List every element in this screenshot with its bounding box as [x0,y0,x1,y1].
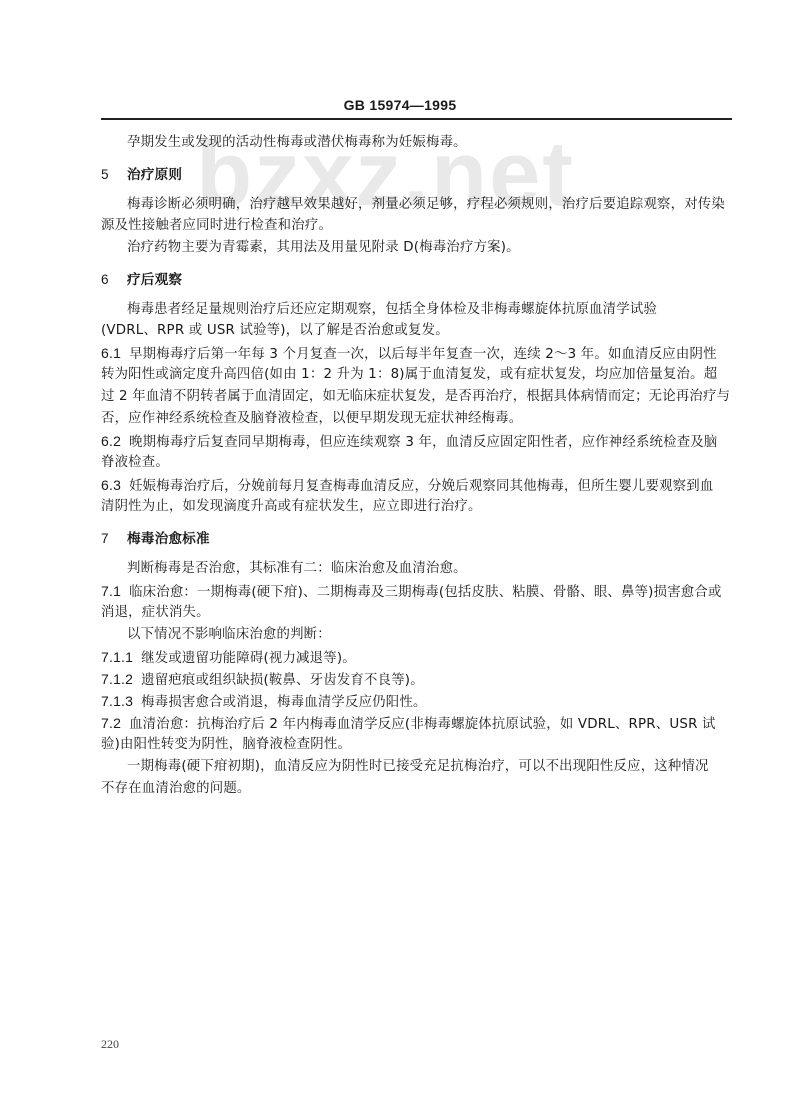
section-7-heading: 7梅毒治愈标准 [101,530,733,548]
clause-number: 6.2 [101,432,121,450]
paragraph-line: 不存在血清治愈的问题。 [101,780,733,798]
clause-6-2: 6.2晚期梅毒疗后复查同早期梅毒，但应连续观察 3 年，血清反应固定阳性者，应作… [101,432,733,452]
section-6-heading: 6疗后观察 [101,271,733,289]
paragraph-line: 治疗药物主要为青霉素，其用法及用量见附录 D(梅毒治疗方案)。 [127,239,759,257]
clause-number: 6.3 [101,476,121,494]
section-number: 7 [101,530,127,548]
clause-7-1-3: 7.1.3梅毒损害愈合或消退，梅毒血清学反应仍阳性。 [101,692,733,712]
paragraph-line: (VDRL、RPR 或 USR 试验等)，以了解是否治愈或复发。 [101,322,733,340]
paragraph-line: 验)由阳性转变为阴性，脑脊液检查阴性。 [101,736,733,754]
clause-text: 血清治愈：抗梅治疗后 2 年内梅毒血清学反应(非梅毒螺旋体抗原试验，如 VDRL… [129,717,716,732]
clause-number: 7.2 [101,714,121,732]
clause-number: 7.1.1 [101,648,133,666]
clause-text: 遗留疤痕或组织缺损(鞍鼻、牙齿发育不良等)。 [141,673,424,688]
clause-text: 早期梅毒疗后第一年每 3 个月复查一次，以后每半年复查一次，连续 2～3 年。如… [129,347,717,362]
clause-6-3: 6.3妊娠梅毒治疗后，分娩前每月复查梅毒血清反应，分娩后观察同其他梅毒，但所生婴… [101,476,733,496]
paragraph-line: 判断梅毒是否治愈，其标准有二：临床治愈及血清治愈。 [127,560,759,578]
section-number: 5 [101,166,127,184]
paragraph-line: 消退，症状消失。 [101,604,733,622]
paragraph-line: 转为阳性或滴定度升高四倍(如由 1：2 升为 1：8)属于血清复发，或有症状复发… [101,366,733,384]
clause-text: 梅毒损害愈合或消退，梅毒血清学反应仍阳性。 [141,695,426,710]
clause-6-1: 6.1早期梅毒疗后第一年每 3 个月复查一次，以后每半年复查一次，连续 2～3 … [101,344,733,364]
paragraph-line: 梅毒患者经足量规则治疗后还应定期观察，包括全身体检及非梅毒螺旋体抗原血清学试验 [127,301,759,319]
clause-text: 继发或遗留功能障碍(视力减退等)。 [141,651,356,666]
paragraph-line: 以下情况不影响临床治愈的判断： [127,626,759,644]
intro-line: 孕期发生或发现的活动性梅毒或潜伏梅毒称为妊娠梅毒。 [127,134,759,152]
paragraph-line: 源及性接触者应同时进行检查和治疗。 [101,217,733,235]
clause-text: 临床治愈：一期梅毒(硬下疳)、二期梅毒及三期梅毒(包括皮肤、粘膜、骨骼、眼、鼻等… [129,585,722,600]
clause-text: 晚期梅毒疗后复查同早期梅毒，但应连续观察 3 年，血清反应固定阳性者，应作神经系… [129,435,717,450]
clause-number: 7.1 [101,582,121,600]
section-title: 治疗原则 [127,167,182,183]
section-5-heading: 5治疗原则 [101,166,733,184]
clause-number: 7.1.3 [101,692,133,710]
header-rule [101,118,732,120]
clause-7-2: 7.2血清治愈：抗梅治疗后 2 年内梅毒血清学反应(非梅毒螺旋体抗原试验，如 V… [101,714,733,734]
paragraph-line: 一期梅毒(硬下疳初期)，血清反应为阴性时已接受充足抗梅治疗，可以不出现阳性反应，… [127,758,759,776]
clause-7-1: 7.1临床治愈：一期梅毒(硬下疳)、二期梅毒及三期梅毒(包括皮肤、粘膜、骨骼、眼… [101,582,733,602]
standard-code-header: GB 15974—1995 [0,97,800,113]
document-page: GB 15974—1995 孕期发生或发现的活动性梅毒或潜伏梅毒称为妊娠梅毒。 … [0,0,800,1110]
clause-7-1-2: 7.1.2遗留疤痕或组织缺损(鞍鼻、牙齿发育不良等)。 [101,670,733,690]
paragraph-line: 清阴性为止，如发现滴度升高或有症状发生，应立即进行治疗。 [101,498,733,516]
paragraph-line: 否，应作神经系统检查及脑脊液检查，以便早期发现无症状神经梅毒。 [101,410,733,428]
section-number: 6 [101,271,127,289]
clause-number: 6.1 [101,344,121,362]
section-title: 疗后观察 [127,272,182,288]
paragraph-line: 过 2 年血清不阴转者属于血清固定，如无临床症状复发，是否再治疗，根据具体病情而… [101,388,733,406]
paragraph-line: 梅毒诊断必须明确，治疗越早效果越好，剂量必须足够，疗程必须规则，治疗后要追踪观察… [127,196,759,214]
clause-text: 妊娠梅毒治疗后，分娩前每月复查梅毒血清反应，分娩后观察同其他梅毒，但所生婴儿要观… [129,479,713,494]
page-number: 220 [101,1037,119,1052]
paragraph-line: 脊液检查。 [101,454,733,472]
clause-7-1-1: 7.1.1继发或遗留功能障碍(视力减退等)。 [101,648,733,668]
section-title: 梅毒治愈标准 [127,531,210,547]
clause-number: 7.1.2 [101,670,133,688]
